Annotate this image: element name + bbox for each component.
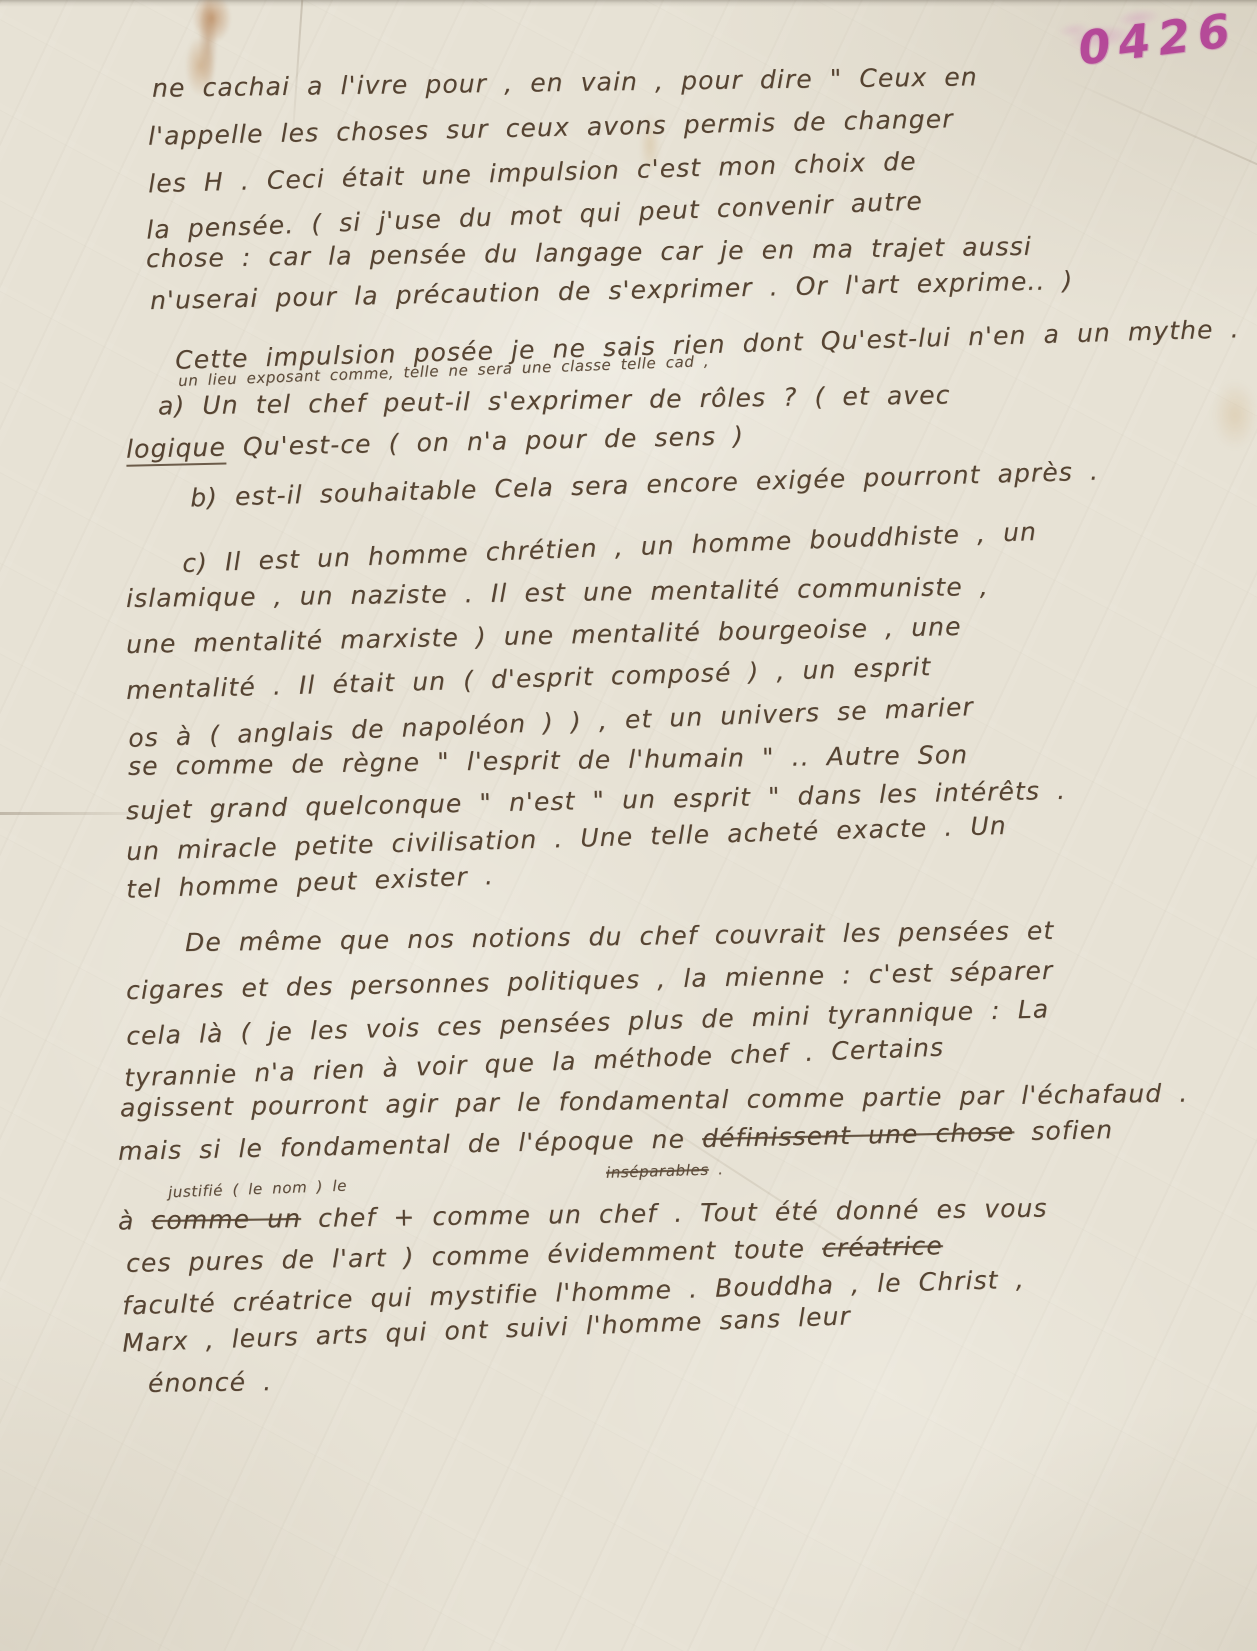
handwritten-line: n'userai pour la précaution de s'exprime… bbox=[150, 266, 1074, 315]
struck-text-segment: inséparables bbox=[606, 1161, 709, 1182]
handwritten-line: b) est-il souhaitable Cela sera encore e… bbox=[190, 457, 1100, 513]
handwritten-line: logique Qu'est-ce ( on n'a pour de sens … bbox=[126, 421, 745, 463]
struck-text-segment: comme un bbox=[151, 1204, 301, 1235]
struck-text-segment: créatrice bbox=[822, 1231, 943, 1263]
handwritten-line: tel homme peut exister . bbox=[126, 861, 495, 904]
text-segment: chef + comme un chef . Tout été donné es… bbox=[301, 1194, 1048, 1233]
text-segment: Qu'est-ce ( on n'a pour de sens ) bbox=[226, 421, 745, 461]
handwritten-line: a) Un tel chef peut-il s'exprimer de rôl… bbox=[158, 380, 951, 420]
handwritten-line: islamique , un naziste . Il est une ment… bbox=[126, 572, 989, 613]
handwritten-line: énoncé . bbox=[148, 1367, 273, 1398]
handwritten-line: c) Il est un homme chrétien , un homme b… bbox=[182, 517, 1038, 578]
struck-text-segment: définissent une chose bbox=[702, 1117, 1015, 1153]
text-segment: ces pures de l'art ) comme évidemment to… bbox=[126, 1234, 823, 1278]
handwritten-text: ne cachai a l'ivre pour , en vain , pour… bbox=[0, 0, 1257, 1651]
handwritten-line: justifié ( le nom ) le bbox=[168, 1177, 348, 1202]
manuscript-page: 0426 ne cachai a l'ivre pour , en vain ,… bbox=[0, 0, 1257, 1651]
handwritten-line: mentalité . Il était un ( d'esprit compo… bbox=[126, 652, 932, 705]
text-segment: . bbox=[708, 1160, 723, 1178]
underlined-text-segment: logique bbox=[126, 433, 227, 467]
handwritten-line: à comme un chef + comme un chef . Tout é… bbox=[118, 1194, 1048, 1236]
handwritten-line: inséparables . bbox=[606, 1160, 724, 1181]
text-segment: sofien bbox=[1014, 1115, 1114, 1146]
handwritten-line: une mentalité marxiste ) une mentalité b… bbox=[126, 612, 962, 659]
text-segment: mais si le fondamental de l'époque ne bbox=[118, 1124, 703, 1166]
handwritten-line: ne cachai a l'ivre pour , en vain , pour… bbox=[152, 62, 978, 103]
text-segment: à bbox=[118, 1206, 152, 1235]
handwritten-line: De même que nos notions du chef couvrait… bbox=[185, 916, 1055, 957]
handwritten-line: l'appelle les choses sur ceux avons perm… bbox=[148, 104, 954, 151]
handwritten-line: mais si le fondamental de l'époque ne dé… bbox=[118, 1115, 1114, 1166]
